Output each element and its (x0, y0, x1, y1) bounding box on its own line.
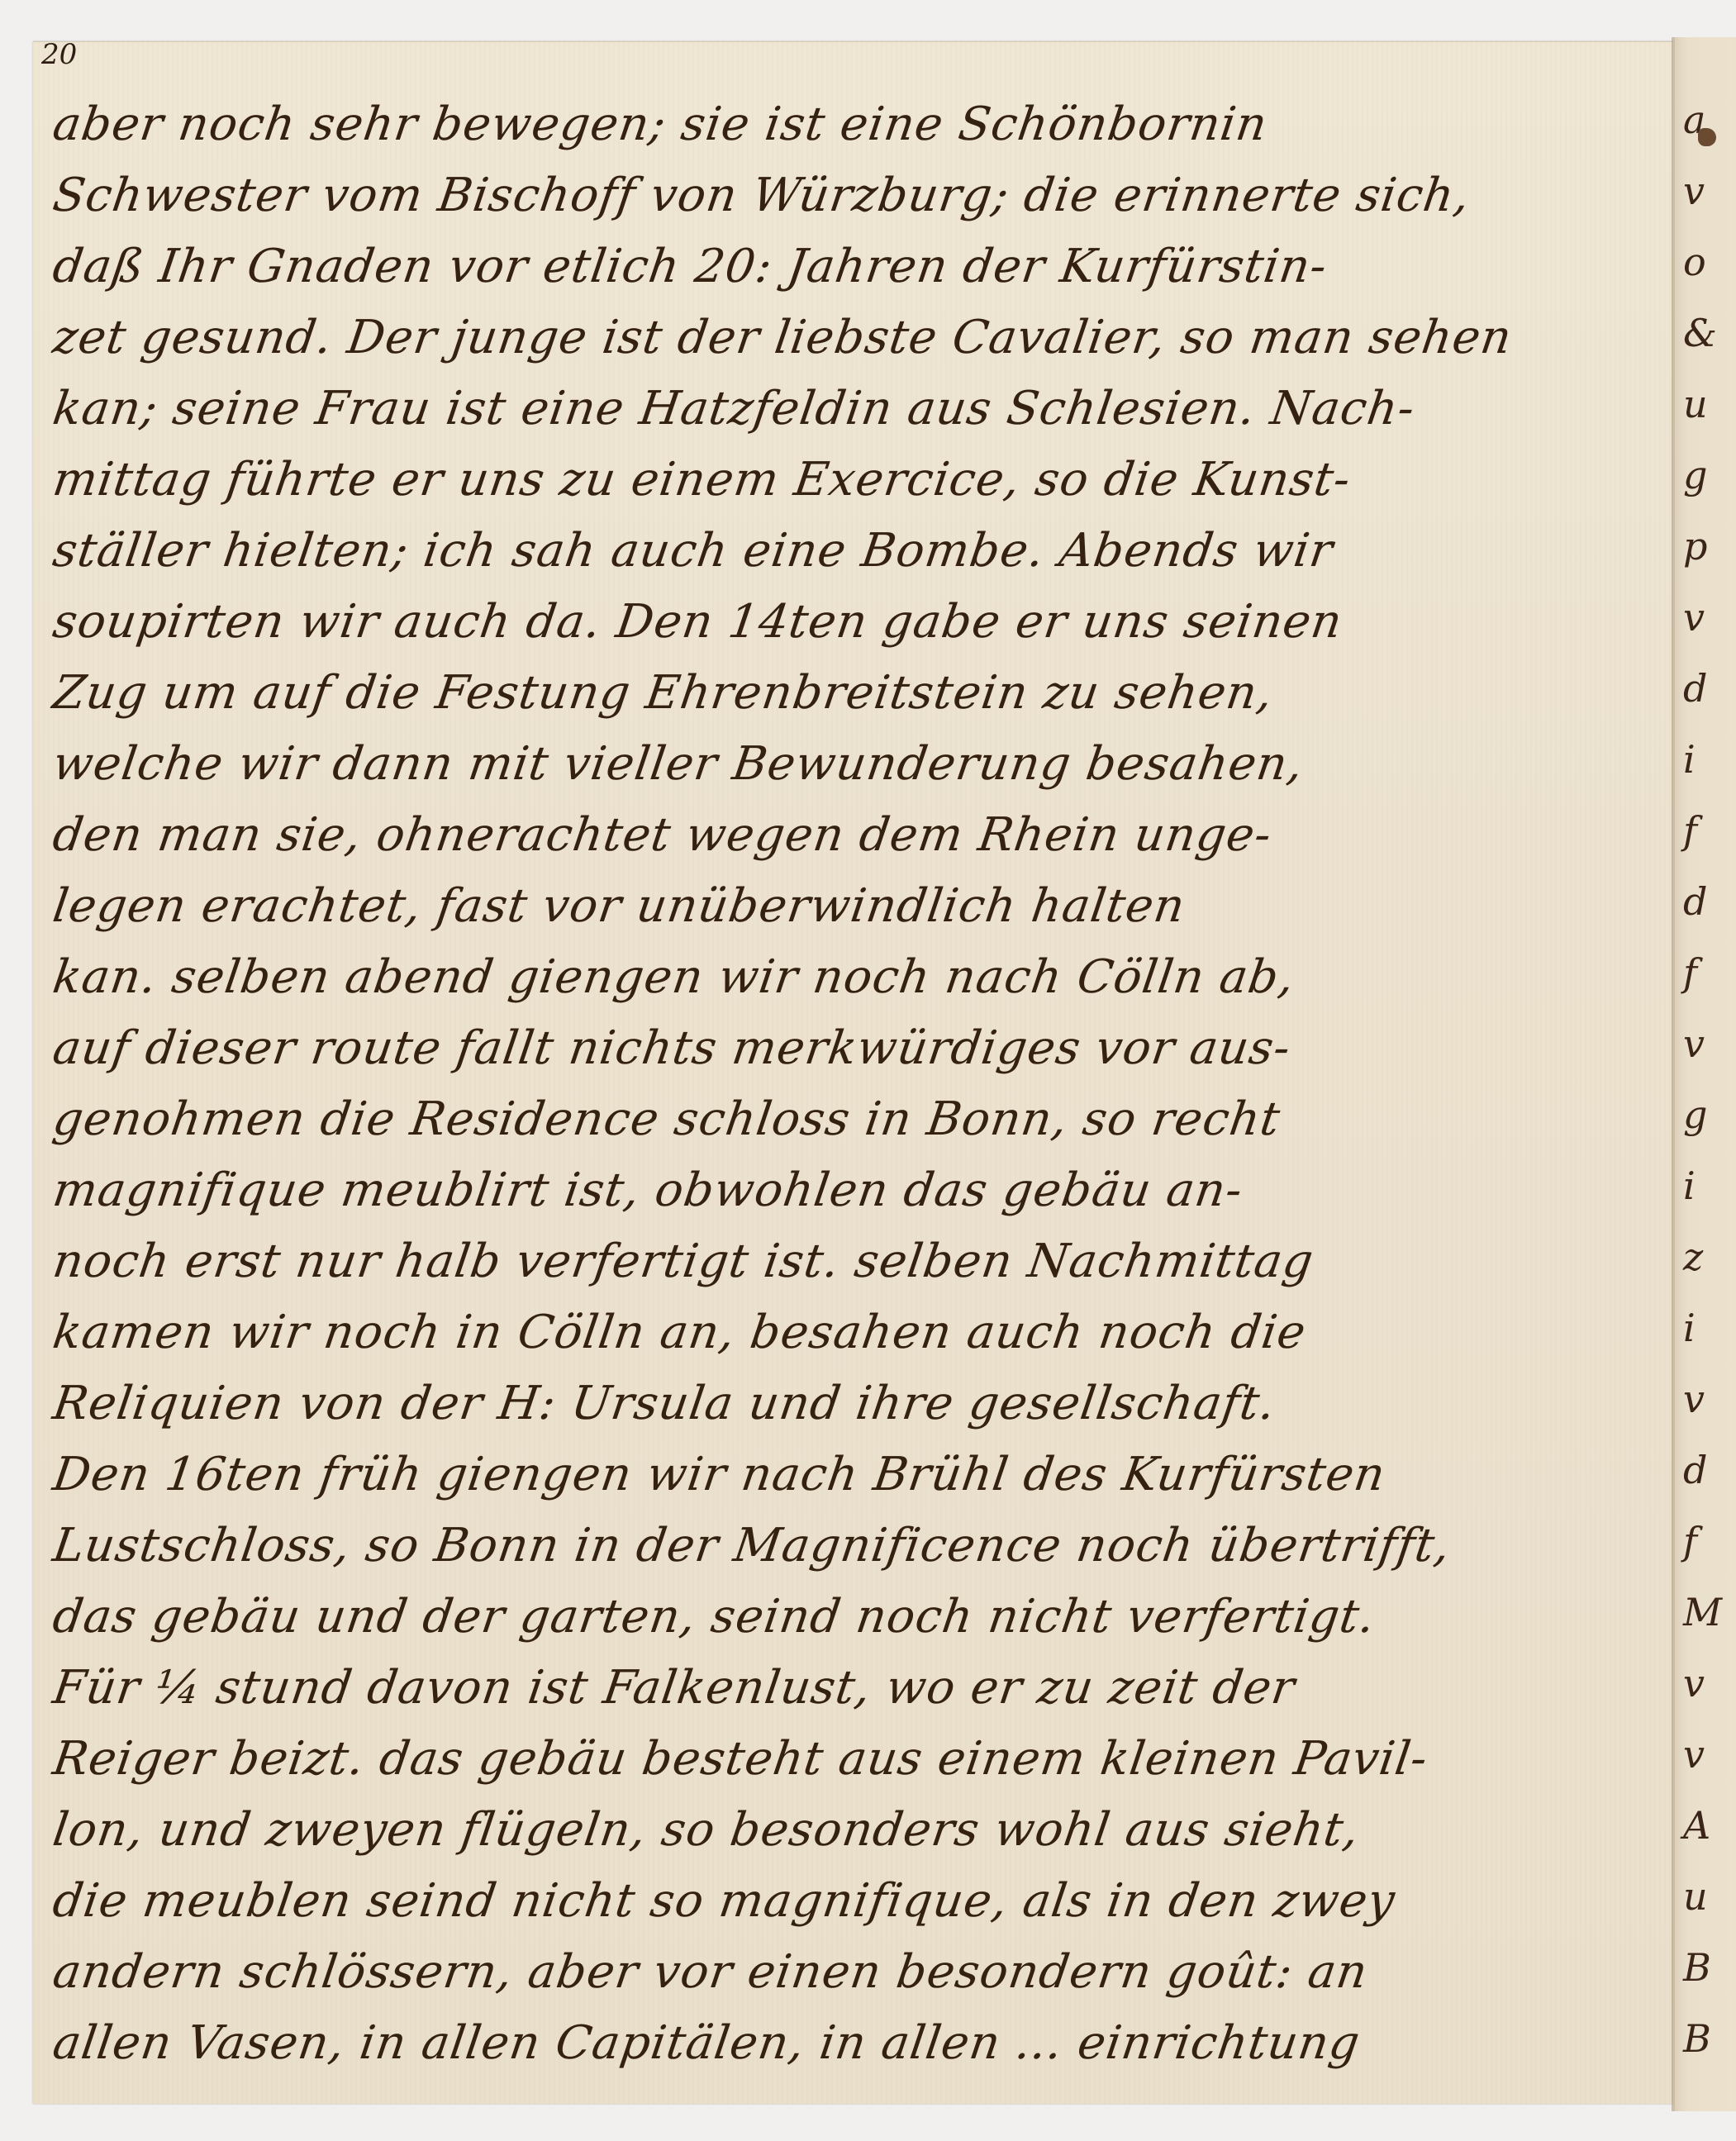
text-line: ställer hielten; ich sah auch eine Bombe… (50, 524, 1668, 578)
text-line: kan; seine Frau ist eine Hatzfeldin aus … (50, 382, 1668, 435)
text-line: allen Vasen, in allen Capitälen, in alle… (50, 2016, 1668, 2070)
adjacent-page-fragment: f (1683, 950, 1697, 995)
adjacent-page-fragment: v (1683, 1661, 1705, 1706)
text-line: Den 16ten früh giengen wir nach Brühl de… (50, 1448, 1668, 1501)
text-line: zet gesund. Der junge ist der liebste Ca… (50, 311, 1668, 364)
text-line: Lustschloss, so Bonn in der Magnificence… (50, 1519, 1668, 1572)
adjacent-page-fragment: A (1683, 1803, 1710, 1848)
ink-stain (1698, 128, 1716, 146)
text-line: welche wir dann mit vieller Bewunderung … (50, 737, 1668, 791)
adjacent-page-fragment: o (1683, 240, 1706, 284)
adjacent-page-fragment: v (1683, 1377, 1705, 1421)
adjacent-page-fragment: u (1683, 1874, 1708, 1919)
adjacent-page-fragment: M (1683, 1590, 1722, 1634)
adjacent-page-fragment: v (1683, 1021, 1705, 1066)
adjacent-page-fragment: u (1683, 382, 1708, 426)
text-line: lon, und zweyen flügeln, so besonders wo… (50, 1803, 1668, 1857)
text-line: kamen wir noch in Cölln an, besahen auch… (50, 1306, 1668, 1359)
adjacent-page-fragment: f (1683, 808, 1697, 853)
text-line: magnifique meublirt ist, obwohlen das ge… (50, 1163, 1668, 1217)
text-line: Reliquien von der H: Ursula und ihre ges… (50, 1377, 1668, 1430)
text-line: andern schlössern, aber vor einen besond… (50, 1945, 1668, 1999)
text-line: aber noch sehr bewegen; sie ist eine Sch… (50, 98, 1668, 151)
adjacent-page-fragment: g (1683, 1092, 1707, 1137)
adjacent-page-fragment: v (1683, 595, 1705, 640)
text-line: das gebäu und der garten, seind noch nic… (50, 1590, 1668, 1644)
adjacent-page-fragment: v (1683, 169, 1705, 213)
text-line: noch erst nur halb verfertigt ist. selbe… (50, 1235, 1668, 1288)
text-line: auf dieser route fallt nichts merkwürdig… (50, 1021, 1668, 1075)
text-line: Reiger beizt. das gebäu besteht aus eine… (50, 1732, 1668, 1786)
adjacent-page-fragment: i (1683, 1306, 1696, 1350)
text-line: Zug um auf die Festung Ehrenbreitstein z… (50, 666, 1668, 720)
text-line: die meublen seind nicht so magnifique, a… (50, 1874, 1668, 1928)
adjacent-page-fragment: g (1683, 453, 1707, 497)
text-line: genohmen die Residence schloss in Bonn, … (50, 1092, 1668, 1146)
adjacent-page-fragment: d (1683, 1448, 1707, 1492)
adjacent-page-fragment: z (1683, 1235, 1703, 1279)
page-number: 20 (41, 38, 77, 71)
adjacent-page-fragment: d (1683, 666, 1707, 711)
adjacent-page-fragment: & (1683, 311, 1717, 355)
adjacent-page-fragment: p (1683, 524, 1707, 569)
text-line: soupirten wir auch da. Den 14ten gabe er… (50, 595, 1668, 649)
text-line: mittag führte er uns zu einem Exercice, … (50, 453, 1668, 507)
text-line: kan. selben abend giengen wir noch nach … (50, 950, 1668, 1004)
adjacent-page-fragment: v (1683, 1732, 1705, 1777)
adjacent-page-fragment: B (1683, 1945, 1711, 1990)
text-line: Schwester vom Bischoff von Würzburg; die… (50, 169, 1668, 222)
text-line: Für ¼ stund davon ist Falkenlust, wo er … (50, 1661, 1668, 1715)
adjacent-page-fragment: i (1683, 737, 1696, 782)
adjacent-page-fragment: B (1683, 2016, 1711, 2061)
adjacent-page-fragment: f (1683, 1519, 1697, 1563)
adjacent-page-strip: avo&ugpvdifdfvgizivdfMvvAuBB (1673, 37, 1736, 2111)
adjacent-page-fragment: d (1683, 879, 1707, 924)
adjacent-page-fragment: i (1683, 1163, 1696, 1208)
text-line: den man sie, ohnerachtet wegen dem Rhein… (50, 808, 1668, 862)
text-line: daß Ihr Gnaden vor etlich 20: Jahren der… (50, 240, 1668, 293)
text-line: legen erachtet, fast vor unüberwindlich … (50, 879, 1668, 933)
